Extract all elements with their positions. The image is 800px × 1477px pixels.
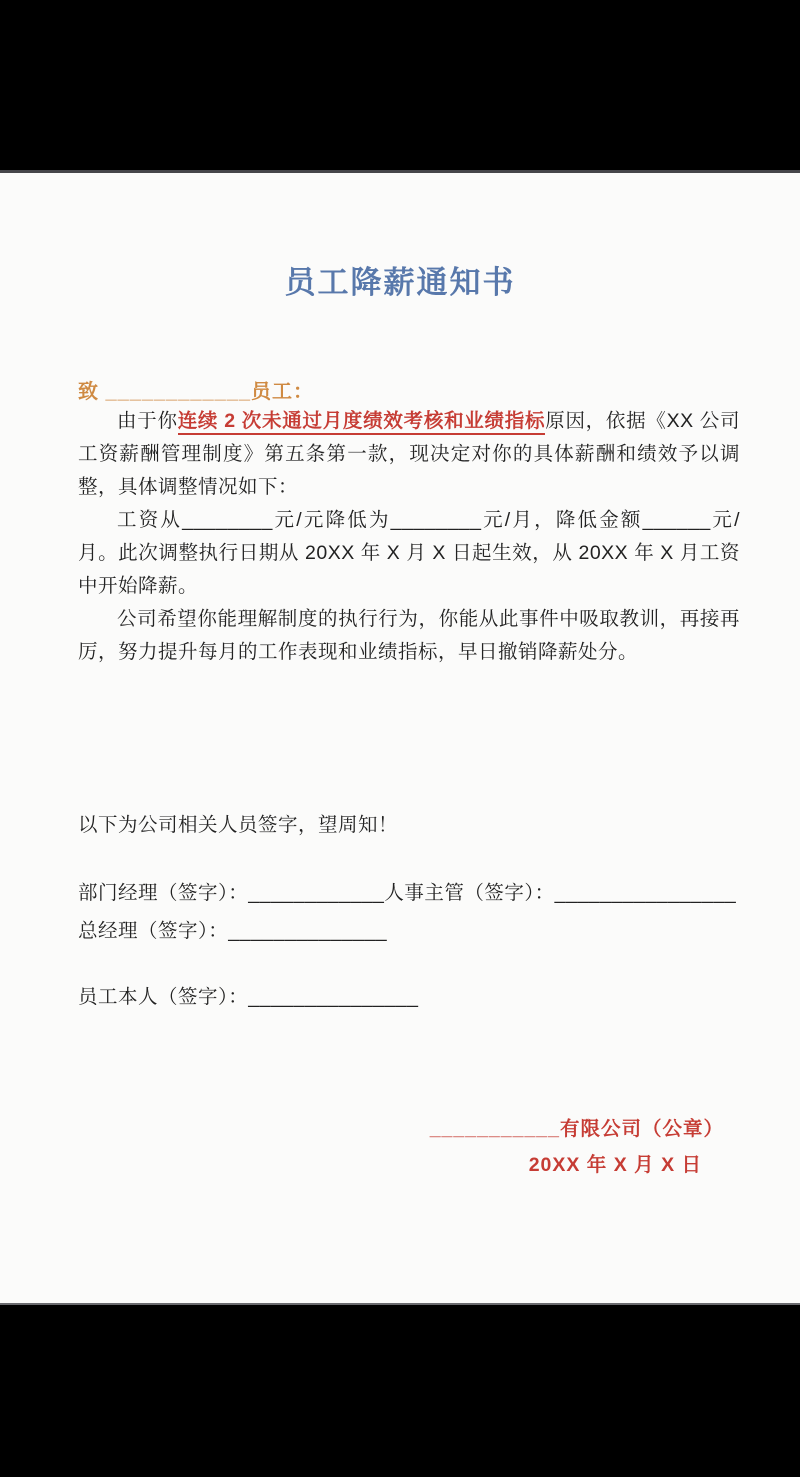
top-letterbox-bar <box>0 0 800 173</box>
salutation-line: 致 ____________员工： <box>78 375 738 404</box>
signature-general-manager: 总经理（签字）：______________ <box>78 915 740 943</box>
signature-dept-manager: 部门经理（签字）：____________ <box>78 882 384 904</box>
company-seal-line: ___________有限公司（公章） <box>78 1113 724 1141</box>
signature-intro: 以下为公司相关人员签字，望周知！ <box>78 809 738 837</box>
signature-employee: 员工本人（签字）：_______________ <box>78 981 740 1009</box>
body-paragraph-salary-adjustment: 工资从________元/元降低为________元/月，降低金额______元… <box>78 504 740 603</box>
body-paragraph-encouragement: 公司希望你能理解制度的执行行为，你能从此事件中吸取教训，再接再厉，努力提升每月的… <box>78 603 740 669</box>
document-page: 员工降薪通知书 致 ____________员工： 由于你连续 2 次未通过月度… <box>0 173 800 1303</box>
date-line: 20XX 年 X 月 X 日 <box>78 1149 724 1177</box>
bottom-letterbox-bar <box>0 1303 800 1477</box>
screenshot-root: { "document": { "title": "员工降薪通知书", "sal… <box>0 0 800 1477</box>
signature-row-managers: 部门经理（签字）：____________人事主管（签字）：__________… <box>78 877 740 905</box>
paragraph-text-pre: 由于你 <box>117 410 178 432</box>
highlight-performance-failure: 连续 2 次未通过月度绩效考核和业绩指标 <box>178 410 546 435</box>
notice-body: 由于你连续 2 次未通过月度绩效考核和业绩指标原因，依据《XX 公司工资薪酬管理… <box>78 405 740 669</box>
signature-hr-supervisor: 人事主管（签字）：________________ <box>384 882 736 904</box>
body-paragraph-reason: 由于你连续 2 次未通过月度绩效考核和业绩指标原因，依据《XX 公司工资薪酬管理… <box>78 405 740 504</box>
notice-title: 员工降薪通知书 <box>0 257 800 302</box>
